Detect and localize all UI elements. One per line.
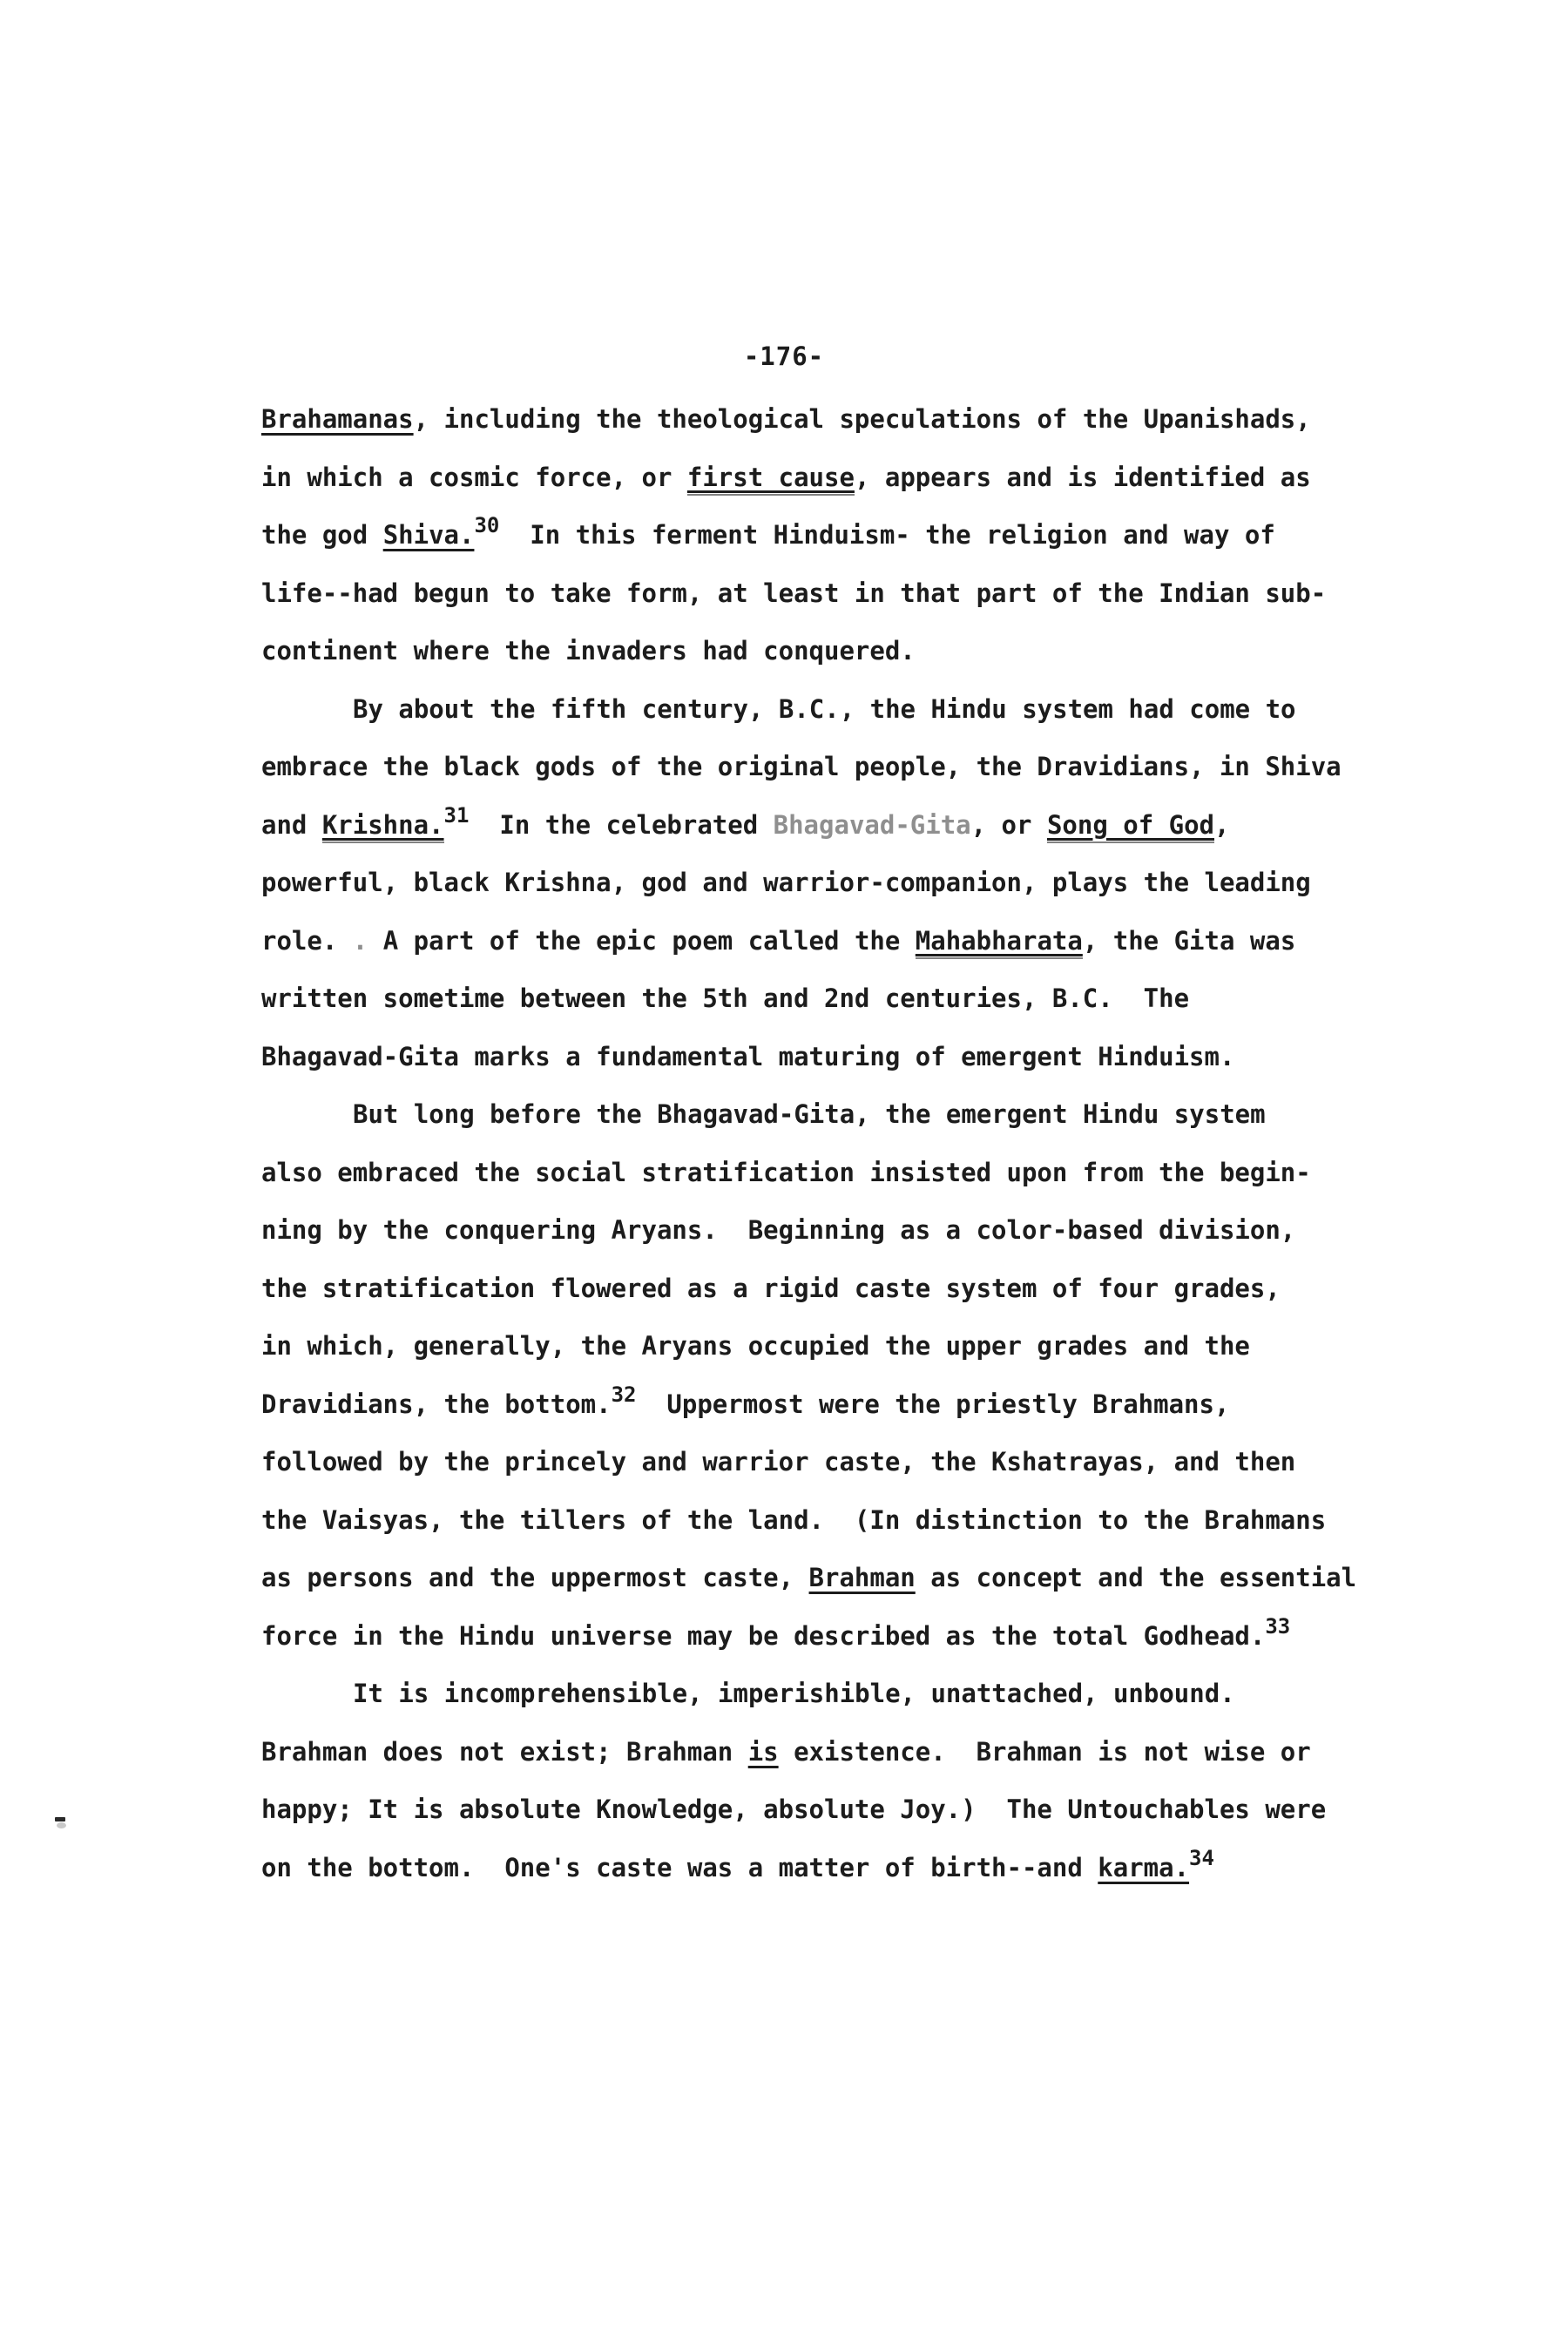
text-run: But long before the Bhagavad-Gita, the e… [353,1099,1266,1129]
stray-pen-mark [55,1817,65,1821]
text-line: force in the Hindu universe may be descr… [261,1621,1463,1651]
text-line: in which, generally, the Aryans occupied… [261,1331,1463,1361]
text-line: Brahamanas, including the theological sp… [261,404,1463,434]
document-body: Brahamanas, including the theological sp… [0,0,1568,2352]
text-line: followed by the princely and warrior cas… [261,1447,1463,1477]
text-run: Bhagavad-Gita marks a fundamental maturi… [261,1042,1234,1071]
text-run: In this ferment Hinduism- the religion a… [499,520,1274,550]
text-run: ning by the conquering Aryans. Beginning… [261,1215,1295,1245]
text-run: in which a cosmic force, or [261,463,687,492]
text-run: life--had begun to take form, at least i… [261,578,1326,608]
text-run: Dravidians, the bottom. [261,1389,612,1419]
text-run: Shiva. [383,520,475,550]
text-run: embrace the black gods of the original p… [261,752,1342,781]
footnote-marker: 30 [474,513,499,537]
text-run: role. [261,926,353,956]
text-run: . [353,926,368,956]
footnote-marker: 31 [444,803,470,828]
text-run: written sometime between the 5th and 2nd… [261,983,1189,1013]
text-run: , or [971,810,1047,840]
text-line: But long before the Bhagavad-Gita, the e… [261,1099,1555,1129]
text-line: ning by the conquering Aryans. Beginning… [261,1215,1463,1245]
text-run: , [1214,810,1229,840]
text-line: By about the fifth century, B.C., the Hi… [261,694,1555,724]
text-run: force in the Hindu universe may be descr… [261,1621,1265,1651]
text-line: in which a cosmic force, or first cause,… [261,463,1463,492]
text-run: as persons and the uppermost caste, [261,1563,809,1592]
text-line: on the bottom. One's caste was a matter … [261,1853,1463,1882]
text-run: first cause [687,463,855,496]
text-run: Brahamanas [261,404,414,434]
text-line: Dravidians, the bottom.32 Uppermost were… [261,1389,1463,1419]
text-run: the Vaisyas, the tillers of the land. (I… [261,1505,1326,1535]
text-run: , the Gita was [1083,926,1295,956]
text-line: It is incomprehensible, imperishible, un… [261,1679,1555,1708]
text-run: as concept and the essential [916,1563,1356,1592]
text-line: the Vaisyas, the tillers of the land. (I… [261,1505,1463,1535]
text-line: continent where the invaders had conquer… [261,636,1463,666]
text-line: as persons and the uppermost caste, Brah… [261,1563,1463,1592]
footnote-marker: 32 [612,1382,637,1407]
text-line: written sometime between the 5th and 2nd… [261,983,1463,1013]
text-run: Bhagavad-Gita [774,810,971,840]
text-run: continent where the invaders had conquer… [261,636,916,666]
text-line: embrace the black gods of the original p… [261,752,1463,781]
text-run: Song of God [1047,810,1214,843]
text-run: existence. Brahman is not wise or [779,1737,1311,1767]
text-run: , including the theological speculations… [414,404,1311,434]
text-line: Brahman does not exist; Brahman is exist… [261,1737,1463,1767]
text-run: Uppermost were the priestly Brahmans, [636,1389,1229,1419]
text-run: By about the fifth century, B.C., the Hi… [353,694,1296,724]
text-run: A part of the epic poem called the [368,926,916,956]
text-line: the stratification flowered as a rigid c… [261,1274,1463,1303]
text-line: powerful, black Krishna, god and warrior… [261,868,1463,897]
text-run: In the celebrated [469,810,773,840]
text-run: Brahman does not exist; Brahman [261,1737,748,1767]
text-line: the god Shiva.30 In this ferment Hinduis… [261,520,1463,550]
scanned-typewritten-page: -176- Brahamanas, including the theologi… [0,0,1568,2352]
text-run: and [261,810,322,840]
text-run: Mahabharata [916,926,1083,959]
text-line: also embraced the social stratification … [261,1158,1463,1187]
text-line: and Krishna.31 In the celebrated Bhagava… [261,810,1463,840]
text-line: life--had begun to take form, at least i… [261,578,1463,608]
text-run: is [748,1737,779,1767]
text-run: , appears and is identified as [855,463,1311,492]
text-run: It is incomprehensible, imperishible, un… [353,1679,1235,1708]
text-run: Brahman [809,1563,916,1592]
text-run: karma. [1098,1853,1189,1882]
text-run: the stratification flowered as a rigid c… [261,1274,1281,1303]
text-run: followed by the princely and warrior cas… [261,1447,1295,1477]
text-line: Bhagavad-Gita marks a fundamental maturi… [261,1042,1463,1071]
text-run: Krishna. [322,810,444,843]
text-line: role. . A part of the epic poem called t… [261,926,1463,956]
text-run: also embraced the social stratification … [261,1158,1311,1187]
text-line: happy; It is absolute Knowledge, absolut… [261,1794,1463,1824]
text-run: the god [261,520,383,550]
text-run: on the bottom. One's caste was a matter … [261,1853,1098,1882]
footnote-marker: 34 [1189,1846,1214,1870]
footnote-marker: 33 [1265,1614,1290,1639]
text-run: happy; It is absolute Knowledge, absolut… [261,1794,1326,1824]
text-run: powerful, black Krishna, god and warrior… [261,868,1311,897]
text-run: in which, generally, the Aryans occupied… [261,1331,1250,1361]
